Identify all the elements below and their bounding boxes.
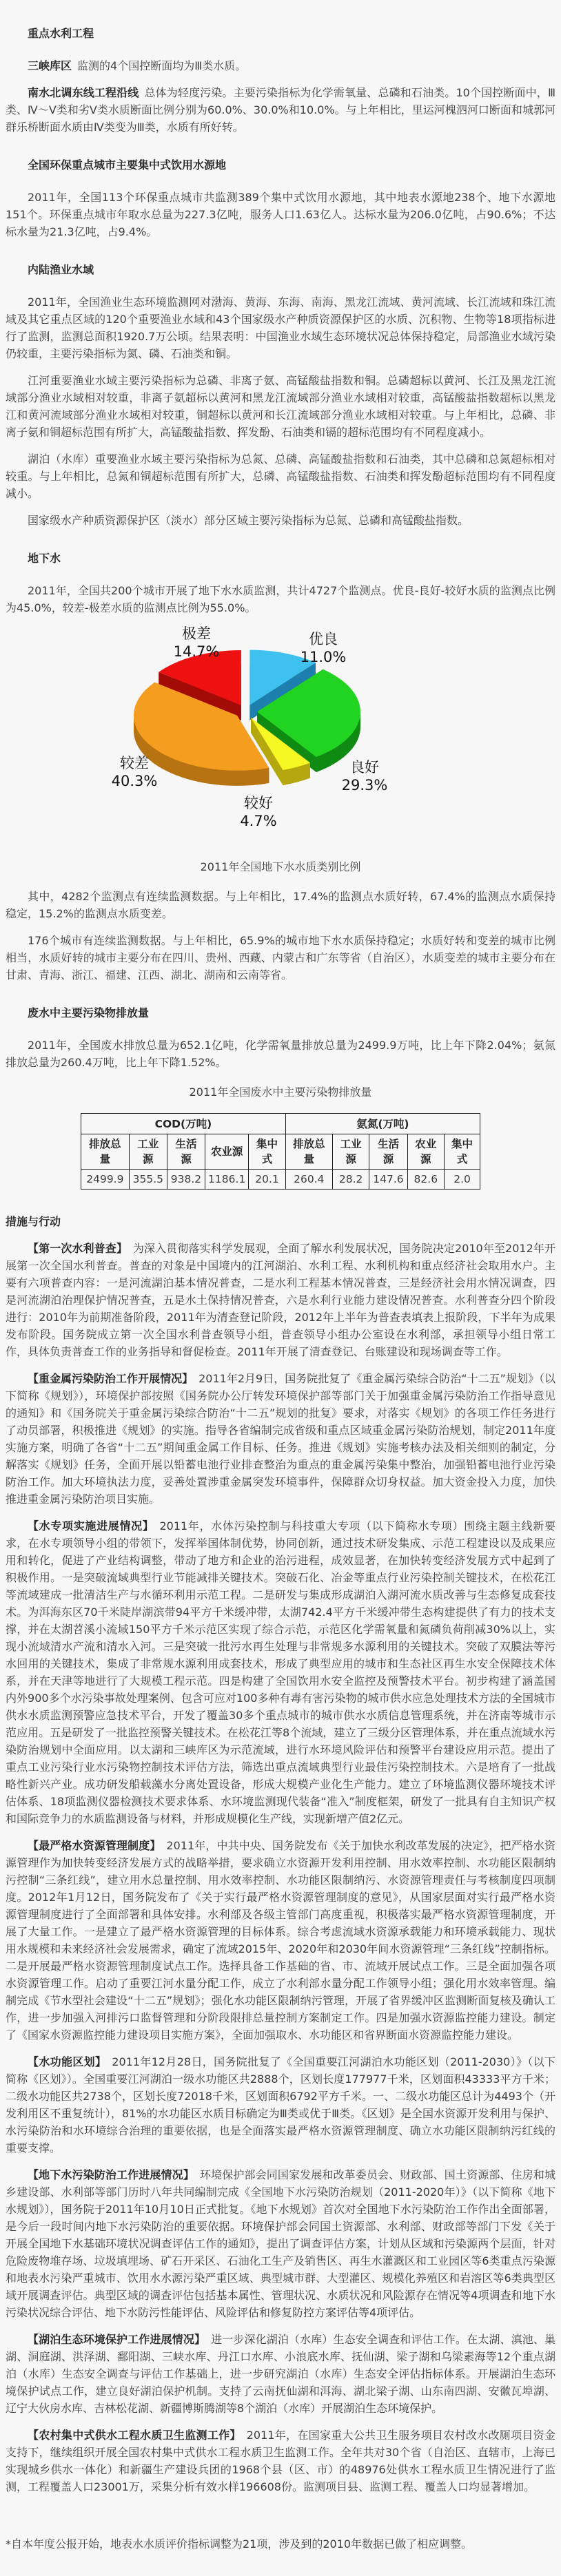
- section-heading: 重点水利工程: [6, 25, 555, 42]
- paragraph: 2011年，全国渔业生态环境监测网对渤海、黄海、东海、南海、黑龙江流域、黄河流域…: [6, 293, 555, 362]
- paragraph-text: 2011年，全国废水排放总量为652.1亿吨，化学需氧量排放总量为2499.9万…: [6, 1039, 555, 1069]
- paragraph-text: 2011年，全国共200个城市开展了地下水水质监测，共计4727个监测点。优良-…: [6, 584, 555, 614]
- paragraph-lead: 南水北调东线工程沿线: [28, 86, 139, 99]
- table-column-header: 排放总量: [285, 1134, 332, 1170]
- footnote: *自本年度公报开始，地表水水质评价指标调整为21项，涉及到的2010年数据已做了…: [6, 2535, 555, 2553]
- table-group-header: COD(万吨): [81, 1114, 286, 1134]
- section-heading: 地下水: [6, 550, 555, 567]
- section-heading: 内陆渔业水域: [6, 261, 555, 278]
- table-column-header: 生活源: [369, 1134, 407, 1170]
- table-column-header: 农业源: [205, 1134, 249, 1170]
- table-column-header: 集中式: [445, 1134, 480, 1170]
- paragraph-text: 2011年，水体污染控制与科技重大专项（以下简称水专项）围绕主题主线新要求，在水…: [6, 1519, 555, 1825]
- paragraph-lead: 【第一次水利普查】: [28, 1242, 127, 1255]
- paragraph: 【农村集中式供水工程水质卫生监测工作】2011年，在国家重大公共卫生服务项目农村…: [6, 2427, 555, 2495]
- table-value-cell: 355.5: [129, 1170, 167, 1190]
- pie-label-name-fair: 较好: [244, 795, 273, 811]
- pie-label-value-fair: 4.7%: [240, 813, 276, 829]
- table-value-cell: 28.2: [332, 1170, 369, 1190]
- paragraph: 2011年，全国113个环保重点城市共监测389个集中式饮用水源地，其中地表水源…: [6, 189, 555, 240]
- table-column-header: 工业源: [129, 1134, 167, 1170]
- figure-caption: 2011年全国废水中主要污染物排放量: [6, 1083, 555, 1101]
- paragraph: 三峡库区监测的4个国控断面均为Ⅲ类水质。: [6, 57, 555, 74]
- pollutant-emission-table: COD(万吨)氨氮(万吨)排放总量工业源生活源农业源集中式排放总量工业源生活源农…: [81, 1113, 480, 1190]
- paragraph: 2011年，全国废水排放总量为652.1亿吨，化学需氧量排放总量为2499.9万…: [6, 1037, 555, 1071]
- table-value-cell: 2.0: [445, 1170, 480, 1190]
- paragraph-text: 监测的4个国控断面均为Ⅲ类水质。: [77, 59, 246, 72]
- pollutant-table-wrap: COD(万吨)氨氮(万吨)排放总量工业源生活源农业源集中式排放总量工业源生活源农…: [6, 1113, 555, 1190]
- paragraph: 176个城市有连续监测数据。与上年相比，65.9%的城市地下水水质保持稳定；水质…: [6, 932, 555, 984]
- table-value-cell: 147.6: [369, 1170, 407, 1190]
- paragraph-lead: 【重金属污染防治工作开展情况】: [28, 1372, 193, 1385]
- paragraph: 其中，4282个监测点有连续监测数据。与上年相比，17.4%的监测点水质好转，6…: [6, 888, 555, 922]
- paragraph-text: 其中，4282个监测点有连续监测数据。与上年相比，17.4%的监测点水质好转，6…: [6, 890, 555, 920]
- paragraph-lead: 【农村集中式供水工程水质卫生监测工作】: [28, 2429, 241, 2442]
- paragraph: 【最严格水资源管理制度】2011年，中共中央、国务院发布《关于加快水利改革发展的…: [6, 1837, 555, 2044]
- table-column-header: 生活源: [167, 1134, 205, 1170]
- pie-label-name-poor: 较差: [120, 755, 149, 771]
- paragraph-text: 2011年，全国渔业生态环境监测网对渤海、黄海、东海、南海、黑龙江流域、黄河流域…: [6, 295, 555, 360]
- pie-label-value-very-poor: 14.7%: [174, 643, 220, 660]
- table-column-header: 工业源: [332, 1134, 369, 1170]
- figure-caption: 2011年全国地下水水质类别比例: [6, 858, 555, 875]
- paragraph: 国家级水产种质资源保护区（淡水）部分区域主要污染指标为总氮、总磷和高锰酸盐指数。: [6, 512, 555, 529]
- pie-label-value-poor: 40.3%: [112, 773, 158, 789]
- paragraph: 【湖泊生态环境保护工作进展情况】进一步深化湖泊（水库）生态安全调查和评估工作。在…: [6, 2331, 555, 2417]
- pie-label-name-good: 良好: [350, 759, 379, 776]
- paragraph: 【重金属污染防治工作开展情况】2011年2月9日，国务院批复了《重金属污染综合防…: [6, 1370, 555, 1508]
- paragraph-text: 2011年，全国113个环保重点城市共监测389个集中式饮用水源地，其中地表水源…: [6, 191, 555, 238]
- paragraph: 【第一次水利普查】为深入贯彻落实科学发展观，全面了解水利发展状况，国务院决定20…: [6, 1240, 555, 1360]
- table-value-cell: 2499.9: [81, 1170, 130, 1190]
- paragraph-text: 2011年12月28日，国务院批复了《全国重要江河湖泊水功能区划（2011-20…: [6, 2055, 555, 2154]
- paragraph-text: 江河重要渔业水域主要污染指标为总磷、非离子氨、高锰酸盐指数和铜。总磷超标以黄河、…: [6, 374, 555, 439]
- table-column-header: 集中式: [249, 1134, 286, 1170]
- pie-label-value-good: 29.3%: [342, 777, 388, 793]
- paragraph: 【水专项实施进展情况】2011年，水体污染控制与科技重大专项（以下简称水专项）围…: [6, 1517, 555, 1827]
- table-value-cell: 260.4: [285, 1170, 332, 1190]
- paragraph: 江河重要渔业水域主要污染指标为总磷、非离子氨、高锰酸盐指数和铜。总磷超标以黄河、…: [6, 372, 555, 441]
- section-heading: 废水中主要污染物排放量: [6, 1004, 555, 1021]
- table-value-cell: 82.6: [407, 1170, 445, 1190]
- pie-label-value-excellent: 11.0%: [300, 649, 347, 665]
- document-page: 重点水利工程三峡库区监测的4个国控断面均为Ⅲ类水质。南水北调东线工程沿线总体为轻…: [0, 0, 561, 2576]
- paragraph: 【地下水污染防治工作进展情况】环境保护部会同国家发展和改革委员会、财政部、国土资…: [6, 2166, 555, 2321]
- part-heading: 措施与行动: [6, 1213, 555, 1230]
- pie-chart-canvas: 优良11.0%良好29.3%较好4.7%较差40.3%极差14.7%: [67, 626, 494, 841]
- paragraph: 湖泊（水库）重要渔业水域主要污染指标为总氮、总磷、高锰酸盐指数和石油类，其中总磷…: [6, 450, 555, 502]
- paragraph-text: 环境保护部会同国家发展和改革委员会、财政部、国土资源部、住房和城乡建设部、水利部…: [6, 2168, 555, 2319]
- pie-label-name-very-poor: 极差: [182, 626, 211, 642]
- paragraph-lead: 【水功能区划】: [28, 2055, 106, 2068]
- table-column-header: 排放总量: [81, 1134, 130, 1170]
- paragraph-lead: 【湖泊生态环境保护工作进展情况】: [28, 2333, 205, 2346]
- table-group-header: 氨氮(万吨): [285, 1114, 480, 1134]
- paragraph-text: 为深入贯彻落实科学发展观，全面了解水利发展状况，国务院决定2010年至2012年…: [6, 1242, 555, 1358]
- paragraph-lead: 三峡库区: [28, 59, 72, 72]
- table-value-cell: 20.1: [249, 1170, 286, 1190]
- paragraph: 【水功能区划】2011年12月28日，国务院批复了《全国重要江河湖泊水功能区划（…: [6, 2053, 555, 2157]
- paragraph-text: 176个城市有连续监测数据。与上年相比，65.9%的城市地下水水质保持稳定；水质…: [6, 934, 555, 981]
- paragraph: 南水北调东线工程沿线总体为轻度污染。主要污染指标为化学需氧量、总磷和石油类。10…: [6, 84, 555, 136]
- paragraph-text: 2011年2月9日，国务院批复了《重金属污染综合防治“十二五”规划》（以下简称《…: [6, 1372, 555, 1506]
- table-value-cell: 1186.1: [205, 1170, 249, 1190]
- paragraph-text: 湖泊（水库）重要渔业水域主要污染指标为总氮、总磷、高锰酸盐指数和石油类，其中总磷…: [6, 453, 555, 500]
- paragraph-lead: 【水专项实施进展情况】: [28, 1519, 154, 1533]
- paragraph-text: 2011年，中共中央、国务院发布《关于加快水利改革发展的决定》，把严格水资源管理…: [6, 1839, 555, 2042]
- section-heading: 全国环保重点城市主要集中式饮用水源地: [6, 156, 555, 174]
- groundwater-quality-pie-chart: 优良11.0%良好29.3%较好4.7%较差40.3%极差14.7%: [6, 626, 555, 846]
- paragraph-lead: 【最严格水资源管理制度】: [28, 1839, 161, 1852]
- table-value-cell: 938.2: [167, 1170, 205, 1190]
- paragraph: 2011年，全国共200个城市开展了地下水水质监测，共计4727个监测点。优良-…: [6, 582, 555, 616]
- pie-label-name-excellent: 优良: [309, 631, 338, 647]
- paragraph-text: 国家级水产种质资源保护区（淡水）部分区域主要污染指标为总氮、总磷和高锰酸盐指数。: [28, 514, 469, 527]
- paragraph-lead: 【地下水污染防治工作进展情况】: [28, 2168, 194, 2181]
- table-column-header: 农业源: [407, 1134, 445, 1170]
